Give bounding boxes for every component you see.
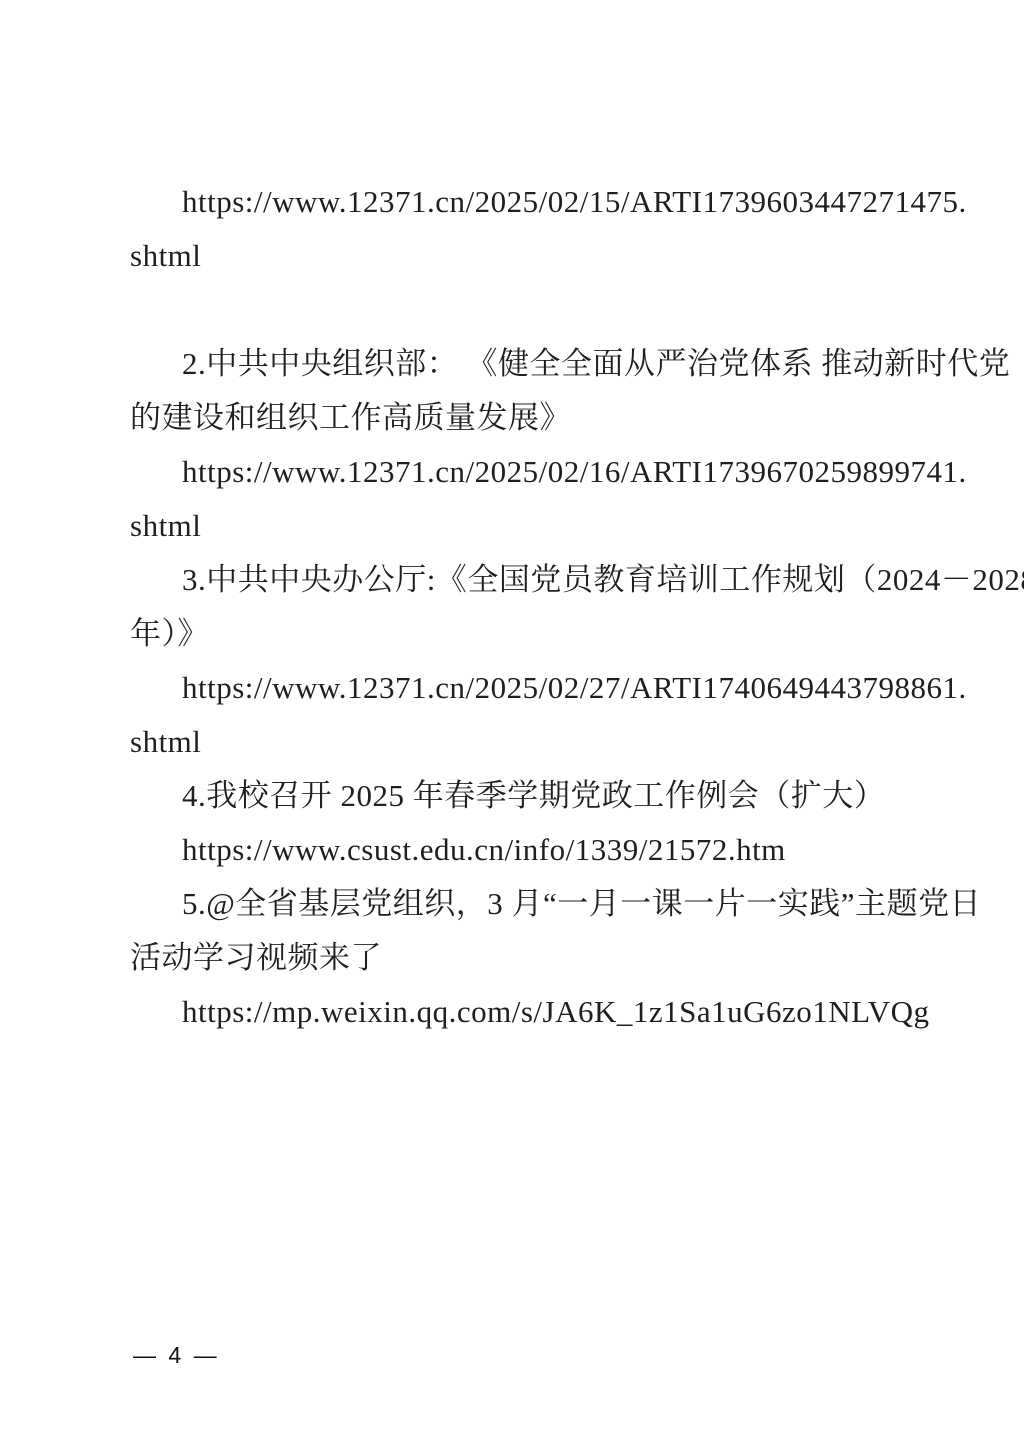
url-line: https://www.12371.cn/2025/02/15/ARTI1739… (130, 175, 900, 229)
url-line: https://www.12371.cn/2025/02/27/ARTI1740… (130, 661, 900, 715)
url-line-continuation: shtml (130, 499, 900, 553)
list-item-2: 2.中共中央组织部： 《健全全面从严治党体系 推动新时代党 (130, 337, 900, 391)
url-line: https://www.12371.cn/2025/02/16/ARTI1739… (130, 445, 900, 499)
list-item-4: 4.我校召开 2025 年春季学期党政工作例会（扩大） (130, 769, 900, 823)
blank-line (130, 283, 900, 337)
url-line: https://mp.weixin.qq.com/s/JA6K_1z1Sa1uG… (130, 985, 900, 1039)
document-page: https://www.12371.cn/2025/02/15/ARTI1739… (0, 0, 1024, 1448)
url-line-continuation: shtml (130, 715, 900, 769)
url-line: https://www.csust.edu.cn/info/1339/21572… (130, 823, 900, 877)
list-item-5: 5.@全省基层党组织，3 月“一月一课一片一实践”主题党日 (130, 877, 900, 931)
url-line-continuation: shtml (130, 229, 900, 283)
page-number: — 4 — (133, 1338, 220, 1372)
list-item-3-continuation: 年）》 (130, 607, 900, 661)
document-body: https://www.12371.cn/2025/02/15/ARTI1739… (130, 175, 900, 1039)
list-item-2-continuation: 的建设和组织工作高质量发展》 (130, 391, 900, 445)
list-item-5-continuation: 活动学习视频来了 (130, 931, 900, 985)
list-item-3: 3.中共中央办公厅:《全国党员教育培训工作规划（2024－2028 (130, 553, 900, 607)
